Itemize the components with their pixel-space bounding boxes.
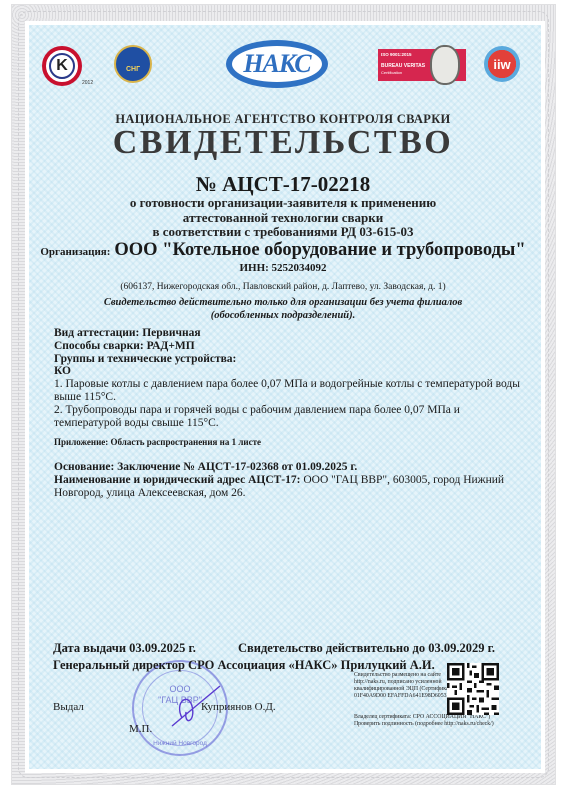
footer-stamp-line3: Нижний Новгород [134, 740, 226, 747]
details-attestation-type: Первичная [142, 327, 200, 339]
organization-label: Организация: [40, 246, 110, 258]
basis-center-label: Наименование и юридический адрес АЦСТ-17… [54, 474, 300, 486]
bureau-veritas-logo-icon: ISO 9001:2015 BUREAU VERITAS Certificati… [378, 49, 466, 81]
header-purpose-2: в соответствии с требованиями РД 03-615-… [0, 225, 566, 240]
organization-address: (606137, Нижегородская обл., Павловский … [0, 282, 566, 292]
attestation-center: Наименование и юридический адрес АЦСТ-17… [54, 474, 524, 500]
header-purpose-0: о готовности организации-заявителя к при… [0, 196, 566, 211]
group-item: 1. Паровые котлы с давлением пара более … [54, 378, 524, 404]
qr-code-icon[interactable] [447, 663, 499, 715]
welding-methods: Способы сварки: РАД+МП [54, 340, 524, 353]
valid-until: Свидетельство действительно до 03.09.202… [238, 641, 495, 656]
header-logos-1-caption: СНГ [126, 66, 140, 73]
validity-note: Свидетельство действительно только для о… [0, 296, 566, 322]
header-logos-4-caption: iiw [493, 57, 510, 72]
issued-by-label: Выдал [53, 701, 84, 713]
iiw-logo-icon: iiw [484, 46, 520, 82]
details-welding-methods-label: Способы сварки: [54, 340, 144, 352]
attestation-details: Вид аттестации: Первичная Способы сварки… [54, 327, 524, 429]
details-attestation-type-label: Вид аттестации: [54, 327, 139, 339]
organization-inn: ИНН: 5252034092 [0, 262, 566, 274]
group-item: 2. Трубопроводы пара и горячей воды с ра… [54, 404, 524, 430]
groups-label: Группы и технические устройства: [54, 353, 524, 366]
certificate-purpose: о готовности организации-заявителя к при… [0, 196, 566, 240]
k-quality-logo-year: 2012 [82, 80, 93, 86]
esign-owner: Владелец сертификата: СРО АССОЦИАЦИЯ "НА… [354, 714, 544, 721]
organization-line: Организация: ООО "Котельное оборудование… [0, 240, 566, 261]
bureau-veritas-seal-icon [430, 45, 460, 85]
document-title: СВИДЕТЕЛЬСТВО [0, 124, 566, 162]
issue-date: Дата выдачи 03.09.2025 г. [53, 641, 196, 656]
details-welding-methods: РАД+МП [147, 340, 195, 352]
group-code: КО [54, 365, 524, 378]
header-logos-3-line1: ISO 9001:2015 [381, 52, 412, 57]
organization-name: ООО "Котельное оборудование и трубопрово… [114, 240, 525, 260]
attestation-type: Вид аттестации: Первичная [54, 327, 524, 340]
esign-check-link[interactable]: Проверить подлинность (подробнее http://… [354, 721, 544, 728]
certificate-number: № АЦСТ-17-02218 [0, 172, 566, 197]
basis-block: Основание: Заключение № АЦСТ-17-02368 от… [54, 461, 524, 499]
director-line: Генеральный директор СРО Ассоциация «НАК… [53, 658, 435, 673]
appendix-note: Приложение: Область распространения на 1… [54, 437, 261, 447]
k-quality-logo-icon: K [42, 46, 82, 86]
naks-logo-icon: НАКС [226, 40, 328, 88]
esign-owner-block: Владелец сертификата: СРО АССОЦИАЦИЯ "НА… [354, 714, 544, 728]
header-logos-3-line2: BUREAU VERITAS [381, 63, 425, 69]
organization-validity-note-1: (обособленных подразделений). [0, 309, 566, 322]
basis-conclusion: Основание: Заключение № АЦСТ-17-02368 от… [54, 461, 524, 474]
header-logos-3-line3: Certification [381, 70, 402, 75]
seal-label: М.П. [129, 723, 152, 735]
header-purpose-1: аттестованной технологии сварки [0, 211, 566, 226]
organization-validity-note-0: Свидетельство действительно только для о… [0, 296, 566, 309]
issuer-name: Куприянов О.Д. [201, 701, 276, 713]
header-logos-2-caption: НАКС [243, 49, 310, 79]
cis-logo-icon: СНГ [114, 45, 152, 83]
